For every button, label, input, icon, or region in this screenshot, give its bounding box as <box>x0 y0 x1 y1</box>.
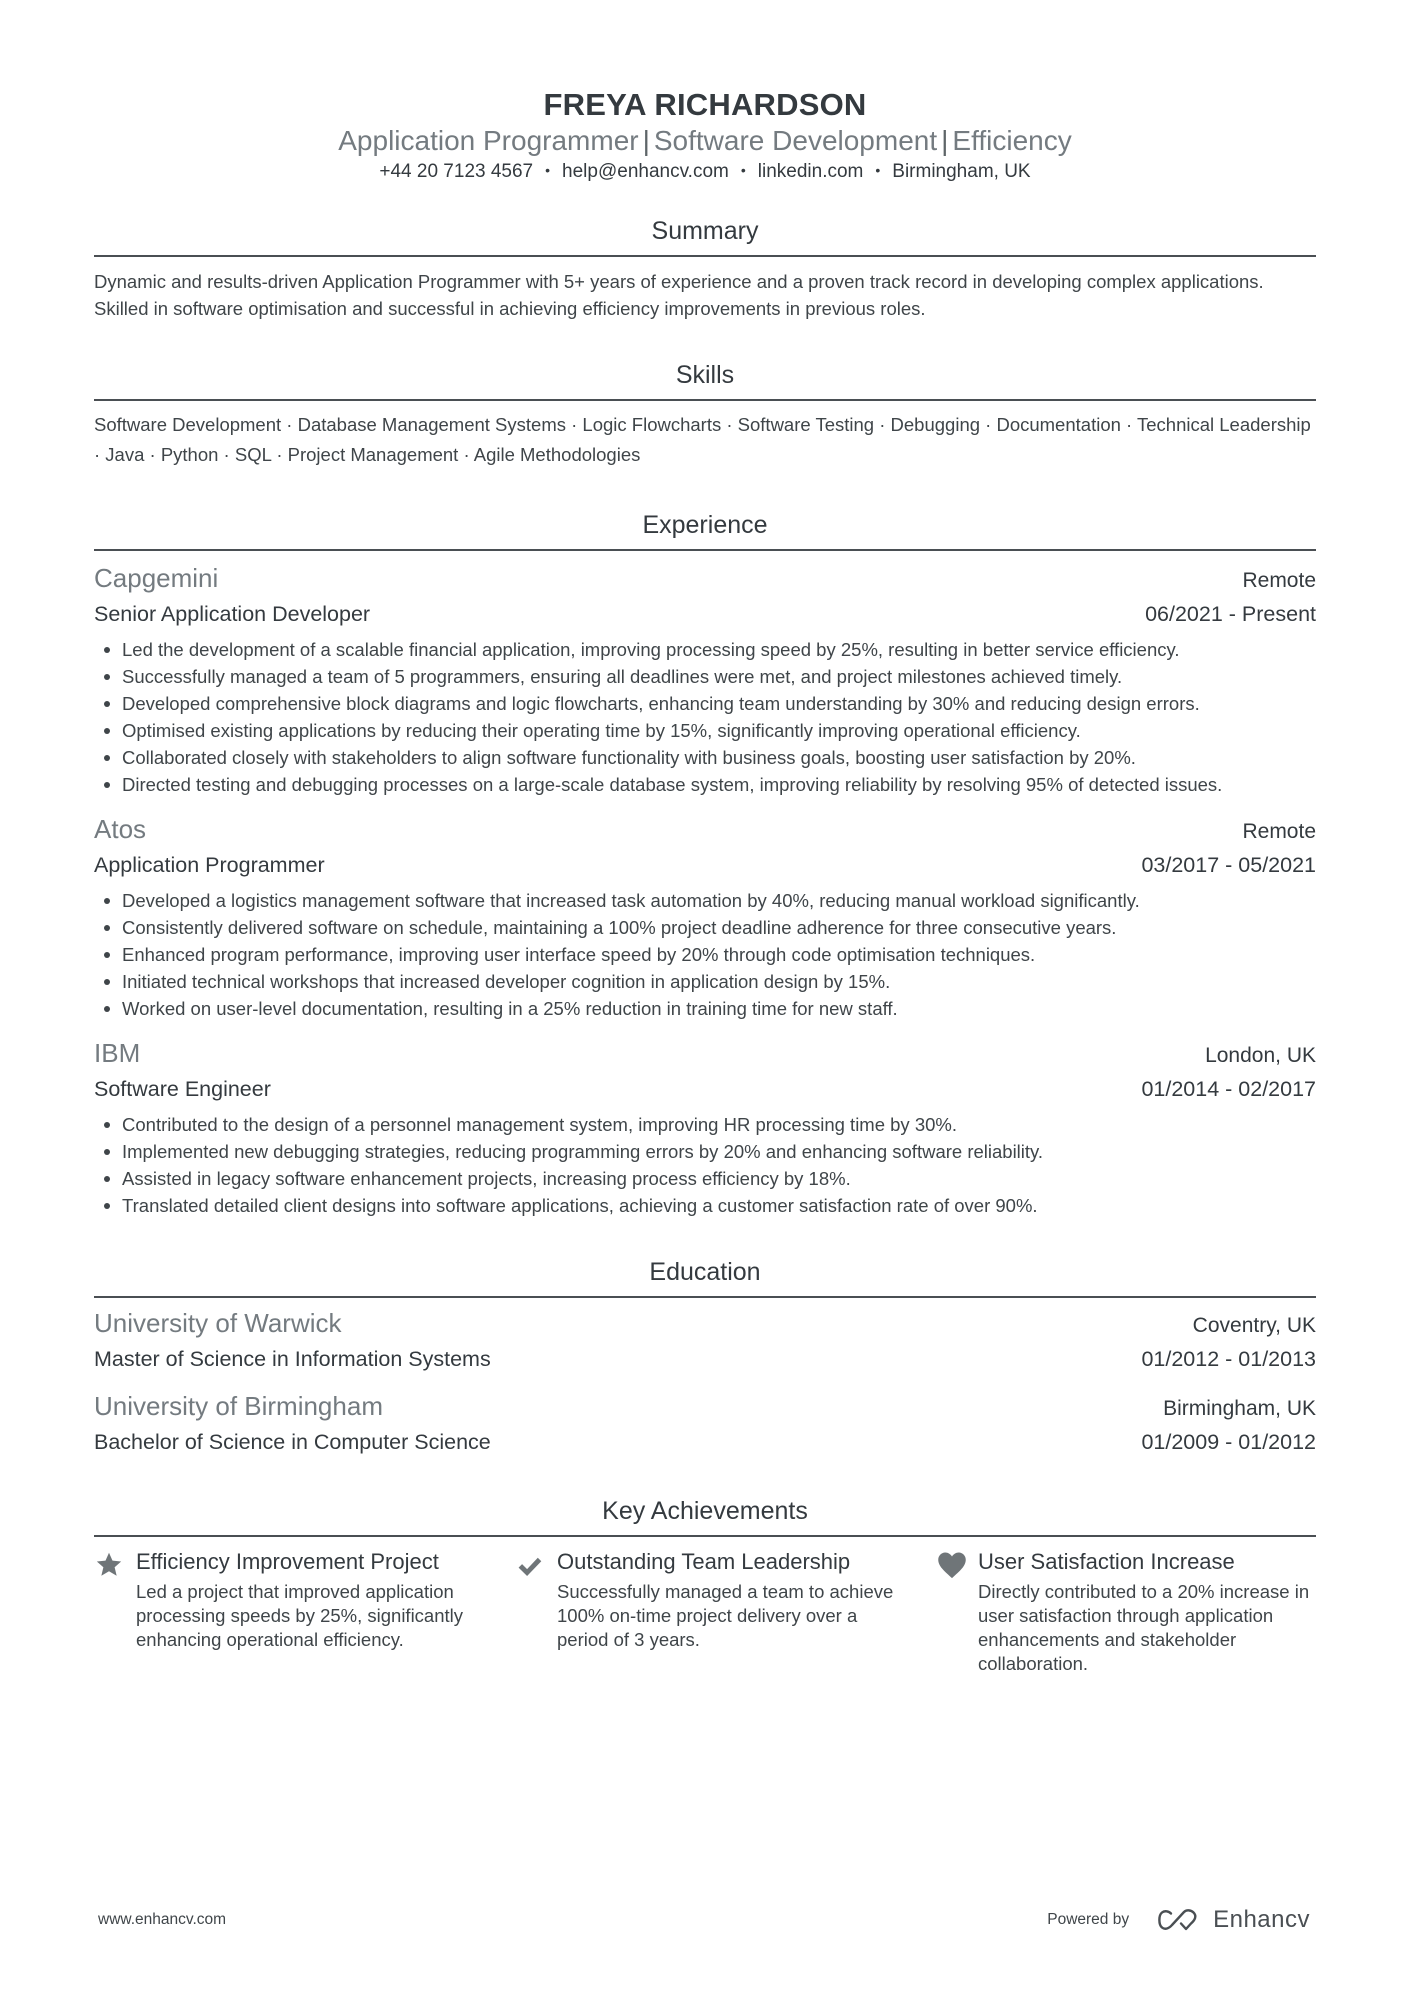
job-dates: 01/2014 - 02/2017 <box>1141 1073 1316 1105</box>
resume-header: FREYA RICHARDSON Application Programmer|… <box>94 0 1316 184</box>
achievement-title: User Satisfaction Increase <box>978 1545 1323 1579</box>
contact-linkedin[interactable]: linkedin.com <box>758 161 864 182</box>
bullet-item: Led the development of a scalable financ… <box>94 636 1316 663</box>
experience-entry: Capgemini Remote Senior Application Deve… <box>94 561 1316 798</box>
section-title-experience: Experience <box>94 510 1316 551</box>
achievements-grid: Efficiency Improvement Project Led a pro… <box>94 1545 1316 1676</box>
bullet-item: Worked on user-level documentation, resu… <box>94 995 1316 1022</box>
job-dates: 03/2017 - 05/2021 <box>1141 849 1316 881</box>
section-title-education: Education <box>94 1257 1316 1298</box>
summary-text: Dynamic and results-driven Application P… <box>94 268 1316 322</box>
degree: Bachelor of Science in Computer Science <box>94 1426 491 1458</box>
job-bullets: Developed a logistics management softwar… <box>94 887 1316 1022</box>
education-entry: University of Warwick Coventry, UK Maste… <box>94 1306 1316 1375</box>
achievement-description: Successfully managed a team to achieve 1… <box>557 1580 902 1652</box>
achievement-description: Led a project that improved application … <box>136 1580 481 1652</box>
degree: Master of Science in Information Systems <box>94 1343 491 1375</box>
bullet-item: Successfully managed a team of 5 program… <box>94 663 1316 690</box>
resume-page: FREYA RICHARDSON Application Programmer|… <box>94 0 1316 1676</box>
headline-part: Application Programmer <box>338 125 638 156</box>
job-title: Senior Application Developer <box>94 598 370 630</box>
bullet-item: Developed a logistics management softwar… <box>94 887 1316 914</box>
education-dates: 01/2012 - 01/2013 <box>1141 1343 1316 1375</box>
headline-part: Efficiency <box>952 125 1071 156</box>
skills-list: Software Development · Database Manageme… <box>94 410 1316 470</box>
contact-separator: • <box>729 162 758 178</box>
headline: Application Programmer|Software Developm… <box>94 124 1316 158</box>
headline-part: Software Development <box>654 125 937 156</box>
job-location: Remote <box>1242 815 1316 849</box>
school-location: Birmingham, UK <box>1163 1392 1316 1426</box>
candidate-name: FREYA RICHARDSON <box>94 87 1316 123</box>
experience-entry: Atos Remote Application Programmer 03/20… <box>94 812 1316 1022</box>
achievement-item: User Satisfaction Increase Directly cont… <box>936 1545 1316 1676</box>
education-entry: University of Birmingham Birmingham, UK … <box>94 1389 1316 1458</box>
experience-entry: IBM London, UK Software Engineer 01/2014… <box>94 1036 1316 1219</box>
section-title-achievements: Key Achievements <box>94 1496 1316 1537</box>
page-footer: www.enhancv.com Powered by Enhancv <box>98 1906 1310 1934</box>
job-title: Application Programmer <box>94 849 325 881</box>
bullet-item: Directed testing and debugging processes… <box>94 771 1316 798</box>
achievement-title: Efficiency Improvement Project <box>136 1545 481 1579</box>
job-location: Remote <box>1242 564 1316 598</box>
company-name: Atos <box>94 812 146 846</box>
contact-separator: • <box>863 162 892 178</box>
education-section: Education University of Warwick Coventry… <box>94 1257 1316 1458</box>
bullet-item: Collaborated closely with stakeholders t… <box>94 744 1316 771</box>
contact-phone[interactable]: +44 20 7123 4567 <box>379 161 533 182</box>
contact-line: +44 20 7123 4567•help@enhancv.com•linked… <box>94 158 1316 184</box>
skills-section: Skills Software Development · Database M… <box>94 360 1316 470</box>
achievement-description: Directly contributed to a 20% increase i… <box>978 1580 1323 1676</box>
achievement-item: Outstanding Team Leadership Successfully… <box>515 1545 936 1676</box>
job-bullets: Contributed to the design of a personnel… <box>94 1111 1316 1219</box>
contact-email[interactable]: help@enhancv.com <box>562 161 729 182</box>
job-bullets: Led the development of a scalable financ… <box>94 636 1316 798</box>
contact-location: Birmingham, UK <box>892 161 1030 182</box>
school-name: University of Birmingham <box>94 1389 383 1423</box>
school-location: Coventry, UK <box>1193 1309 1316 1343</box>
education-dates: 01/2009 - 01/2012 <box>1141 1426 1316 1458</box>
section-title-skills: Skills <box>94 360 1316 401</box>
job-location: London, UK <box>1205 1039 1316 1073</box>
headline-separator: | <box>639 125 654 156</box>
bullet-item: Translated detailed client designs into … <box>94 1192 1316 1219</box>
achievement-item: Efficiency Improvement Project Led a pro… <box>94 1545 515 1676</box>
bullet-item: Initiated technical workshops that incre… <box>94 968 1316 995</box>
heart-icon <box>936 1545 978 1676</box>
job-dates: 06/2021 - Present <box>1145 598 1316 630</box>
bullet-item: Implemented new debugging strategies, re… <box>94 1138 1316 1165</box>
experience-section: Experience Capgemini Remote Senior Appli… <box>94 510 1316 1219</box>
contact-separator: • <box>533 162 562 178</box>
section-title-summary: Summary <box>94 216 1316 257</box>
powered-by-label: Powered by <box>1047 1911 1129 1929</box>
summary-section: Summary Dynamic and results-driven Appli… <box>94 216 1316 322</box>
company-name: IBM <box>94 1036 140 1070</box>
enhancv-logo-icon <box>1157 1908 1203 1932</box>
check-icon <box>515 1545 557 1676</box>
enhancv-logo-text: Enhancv <box>1213 1906 1310 1934</box>
bullet-item: Developed comprehensive block diagrams a… <box>94 690 1316 717</box>
bullet-item: Contributed to the design of a personnel… <box>94 1111 1316 1138</box>
headline-separator: | <box>937 125 952 156</box>
enhancv-logo[interactable]: Enhancv <box>1157 1906 1310 1934</box>
company-name: Capgemini <box>94 561 218 595</box>
star-icon <box>94 1545 136 1676</box>
school-name: University of Warwick <box>94 1306 342 1340</box>
achievements-section: Key Achievements Efficiency Improvement … <box>94 1496 1316 1676</box>
powered-by: Powered by Enhancv <box>1047 1906 1310 1934</box>
bullet-item: Enhanced program performance, improving … <box>94 941 1316 968</box>
bullet-item: Assisted in legacy software enhancement … <box>94 1165 1316 1192</box>
bullet-item: Consistently delivered software on sched… <box>94 914 1316 941</box>
job-title: Software Engineer <box>94 1073 271 1105</box>
bullet-item: Optimised existing applications by reduc… <box>94 717 1316 744</box>
achievement-title: Outstanding Team Leadership <box>557 1545 902 1579</box>
footer-website-link[interactable]: www.enhancv.com <box>98 1911 226 1929</box>
